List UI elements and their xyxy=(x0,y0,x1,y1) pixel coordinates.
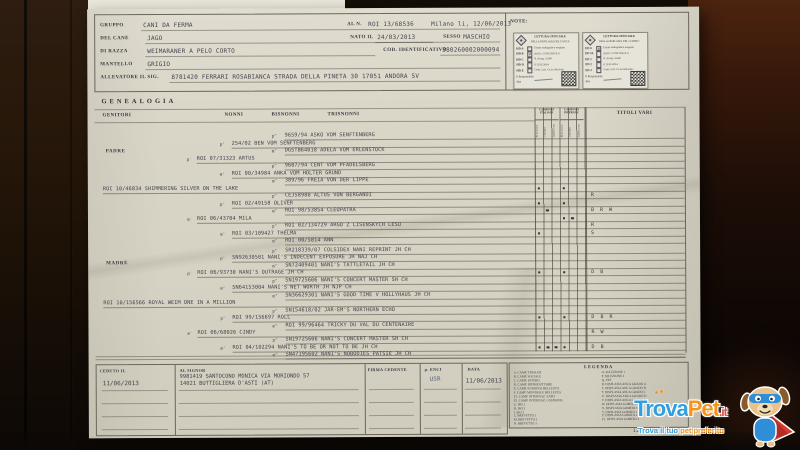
firma-cedente-header: FIRMA CEDENTE xyxy=(368,367,407,372)
al-signor-line1: 9981419 SANTOCONO MONICA VIA MORIONDO 57 xyxy=(180,373,310,380)
generation-tag: p‴ xyxy=(272,279,277,284)
champion-mark xyxy=(538,202,541,205)
champion-mark xyxy=(538,271,541,274)
brand-pet: Pet xyxy=(688,396,719,421)
generation-tag: p‴ xyxy=(272,194,277,199)
data-header: DATA xyxy=(468,367,480,372)
generation-tag: m″ xyxy=(221,346,226,351)
rule-line xyxy=(369,402,414,403)
p-enci-stamp: USR xyxy=(429,376,440,384)
generation-tag: p‴ xyxy=(272,309,277,314)
generation-tag: m‴ xyxy=(272,209,277,214)
generation-tag: m‴ xyxy=(272,149,277,154)
generation-tag: m‴ xyxy=(272,294,277,299)
titoli-vari-value: R xyxy=(591,222,596,228)
generation-tag: m′ xyxy=(187,331,192,336)
rule-line xyxy=(102,390,168,391)
rule-line xyxy=(102,429,168,430)
champion-mark xyxy=(547,346,550,349)
champion-mark xyxy=(563,346,566,349)
legend-entry: N. BREVETTO 3 xyxy=(514,423,563,427)
champion-mark xyxy=(571,217,574,220)
rule-line xyxy=(369,428,414,429)
champion-mark xyxy=(546,209,549,212)
titoli-vari-value: D B R xyxy=(591,314,614,320)
legend-column-1: A. CAMP. TRIALERB. CAMP. SOCIALEC. CAMP.… xyxy=(514,371,563,427)
rule-line xyxy=(465,402,501,403)
ceduto-il-value: 11/06/2013 xyxy=(103,380,139,387)
generation-tag: m″ xyxy=(220,232,225,237)
generation-tag: m‴ xyxy=(272,324,277,329)
trovapet-mascot-dog-icon xyxy=(738,382,796,448)
legend-title: LEGENDA xyxy=(510,364,688,370)
rule-line xyxy=(424,428,457,429)
rule-line xyxy=(424,389,457,390)
rule-line xyxy=(179,389,359,391)
titoli-vari-value: R W xyxy=(591,329,605,335)
champion-mark xyxy=(563,271,566,274)
champion-mark xyxy=(555,346,558,349)
champion-mark xyxy=(563,202,566,205)
brand-tld: .it xyxy=(719,405,727,419)
generation-tag: p‴ xyxy=(272,249,277,254)
rule-line xyxy=(465,428,501,429)
rule-line xyxy=(465,415,501,416)
rule-line xyxy=(369,389,414,390)
trovapet-tagline: Trova il tuo pet preferito xyxy=(638,426,724,435)
titoli-vari-value: D B xyxy=(592,344,606,350)
data-value: 11/06/2013 xyxy=(466,378,502,385)
generation-tag: p‴ xyxy=(272,164,277,169)
pedigree-document: GRUPPO CANI DA FERMA DEL CANE JAGO DI RA… xyxy=(87,7,701,439)
pedigree-row: m‴ROI 00/5814 ANN xyxy=(88,236,685,247)
generation-tag: m″ xyxy=(220,172,225,177)
tagline-blue: Trova il tuo xyxy=(638,426,678,435)
transfer-box: CEDUTO IL AL SIGNOR FIRMA CEDENTE p. ENC… xyxy=(96,363,508,437)
trovapet-logo: TrovaPet.it xyxy=(634,396,727,422)
tagline-orange: pet preferito xyxy=(680,426,724,435)
champion-mark xyxy=(563,316,566,319)
al-signor-line2: 14021 BUTTIGLIERA D'ASTI (AT) xyxy=(180,381,274,387)
al-signor-header: AL SIGNOR xyxy=(180,368,206,373)
wood-background-left xyxy=(0,0,90,450)
p-enci-header: p. ENCI xyxy=(425,367,442,372)
generation-tag: p″ xyxy=(220,316,225,321)
rule-line xyxy=(179,428,359,430)
generation-tag: m″ xyxy=(220,286,225,291)
genealogy-tree: p‴9659/94 ASKO VOM SENFTENBERGp″254/02 B… xyxy=(87,7,686,362)
champion-mark xyxy=(563,217,566,220)
generation-tag: m‴ xyxy=(272,179,277,184)
rule-line xyxy=(465,389,501,390)
pedigree-certificate-photo: GRUPPO CANI DA FERMA DEL CANE JAGO DI RA… xyxy=(0,0,800,450)
champion-mark xyxy=(538,316,541,319)
brand-trova: Trova xyxy=(634,396,688,421)
generation-tag: m‴ xyxy=(272,264,277,269)
generation-tag: p″ xyxy=(220,256,225,261)
paw-icon xyxy=(655,391,665,397)
champion-mark xyxy=(538,187,541,190)
titoli-vari-value: S xyxy=(591,230,596,236)
champion-mark xyxy=(563,187,566,190)
generation-tag: p‴ xyxy=(272,134,277,139)
titoli-vari-value: B R W xyxy=(591,207,614,213)
generation-tag: m‴ xyxy=(272,239,277,244)
champion-mark xyxy=(538,346,541,349)
generation-tag: p‴ xyxy=(273,338,278,343)
generation-tag: p′ xyxy=(187,271,192,276)
trovapet-watermark: TrovaPet.it Trova il tuo pet preferito xyxy=(600,382,800,450)
rule-line xyxy=(102,403,168,404)
generation-tag: p‴ xyxy=(272,224,277,229)
rule-line xyxy=(179,415,359,417)
ancestor-name: ROI 00/5814 ANN xyxy=(285,236,685,246)
rule-line xyxy=(102,416,168,417)
rule-line xyxy=(369,415,414,416)
champion-mark xyxy=(538,232,541,235)
generation-tag: p″ xyxy=(220,142,225,147)
generation-tag: p″ xyxy=(220,202,225,207)
generation-tag: m′ xyxy=(187,217,192,222)
rule-line xyxy=(424,415,457,416)
rule-line xyxy=(179,402,359,404)
rule-line xyxy=(424,402,457,403)
ceduto-il-header: CEDUTO IL xyxy=(100,368,126,373)
titoli-vari-value: R xyxy=(591,192,596,198)
titoli-vari-value: D B xyxy=(591,269,605,275)
generation-tag: p′ xyxy=(187,157,192,162)
